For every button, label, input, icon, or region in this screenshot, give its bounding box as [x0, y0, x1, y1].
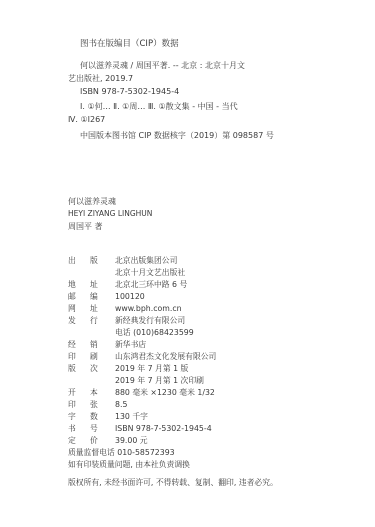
colophon-label: 版 — [90, 256, 102, 266]
colophon-label: 地 — [68, 280, 80, 290]
colophon-value: 2019 年 7 月第 1 版 — [115, 364, 188, 374]
cip-heading: 图书在版编目（CIP）数据 — [80, 39, 179, 49]
colophon-label: 行 — [90, 316, 102, 326]
book-title: 何以滋养灵魂 — [68, 197, 116, 207]
copyright-notice: 版权所有, 未经书面许可, 不得转载、复制、翻印, 违者必究。 — [68, 478, 278, 488]
colophon-label: 定 — [68, 436, 80, 446]
colophon-label: 邮 — [68, 292, 80, 302]
quality-note-text: 如有印装质量问题, 由本社负责调换 — [68, 460, 190, 470]
colophon-label: 址 — [90, 304, 102, 314]
colophon-value: ISBN 978-7-5302-1945-4 — [115, 424, 212, 434]
cip-classification-2: Ⅳ. ①I267 — [68, 115, 105, 125]
colophon-label: 发 — [68, 316, 80, 326]
cip-isbn: ISBN 978-7-5302-1945-4 — [80, 87, 179, 97]
colophon-label: 开 — [68, 388, 80, 398]
quality-phone-text: 质量监督电话 010-58572393 — [68, 448, 175, 458]
colophon-value: 北京北三环中路 6 号 — [115, 280, 187, 290]
colophon-label: 销 — [90, 340, 102, 350]
colophon-label: 经 — [68, 340, 80, 350]
colophon-label: 网 — [68, 304, 80, 314]
colophon-value: 山东鸿君杰文化发展有限公司 — [115, 352, 216, 362]
colophon-value: 100120 — [115, 292, 145, 302]
colophon-value: 2019 年 7 月第 1 次印刷 — [115, 376, 204, 386]
book-title-pinyin: HEYI ZIYANG LINGHUN — [68, 209, 152, 219]
colophon-label: 出 — [68, 256, 80, 266]
colophon-label: 刷 — [90, 352, 102, 362]
cip-line-1: 何以滋养灵魂 / 周国平著. -- 北京 : 北京十月文 — [80, 61, 245, 71]
colophon-value: 新经典发行有限公司 — [115, 316, 185, 326]
colophon-value: 北京十月文艺出版社 — [115, 268, 185, 278]
book-author: 周国平 著 — [68, 222, 103, 232]
colophon-value: 8.5 — [115, 400, 127, 410]
colophon-value: 130 千字 — [115, 412, 148, 422]
colophon-label: 编 — [90, 292, 102, 302]
cip-classification: Ⅰ. ①何… Ⅱ. ①周… Ⅲ. ①散文集 - 中国 - 当代 — [80, 102, 238, 112]
colophon-label: 印 — [68, 400, 80, 410]
colophon-value: 新华书店 — [115, 340, 146, 350]
colophon-label: 本 — [90, 388, 102, 398]
colophon-value: www.bph.com.cn — [115, 304, 182, 314]
colophon-value: 电话 (010)68423599 — [115, 328, 194, 338]
colophon-label: 数 — [90, 412, 102, 422]
colophon-label: 次 — [90, 364, 102, 374]
cip-record-number: 中国版本图书馆 CIP 数据核字（2019）第 098587 号 — [80, 131, 274, 141]
colophon-value: 880 毫米 ×1230 毫米 1/32 — [115, 388, 215, 398]
colophon-label: 字 — [68, 412, 80, 422]
cip-line-2: 艺出版社, 2019.7 — [68, 74, 133, 84]
colophon-label: 张 — [90, 400, 102, 410]
colophon-value: 39.00 元 — [115, 436, 148, 446]
colophon-label: 印 — [68, 352, 80, 362]
colophon-label: 书 — [68, 424, 80, 434]
colophon-label: 址 — [90, 280, 102, 290]
colophon-label: 号 — [90, 424, 102, 434]
colophon-value: 北京出版集团公司 — [115, 256, 177, 266]
colophon-label: 价 — [90, 436, 102, 446]
colophon-label: 版 — [68, 364, 80, 374]
